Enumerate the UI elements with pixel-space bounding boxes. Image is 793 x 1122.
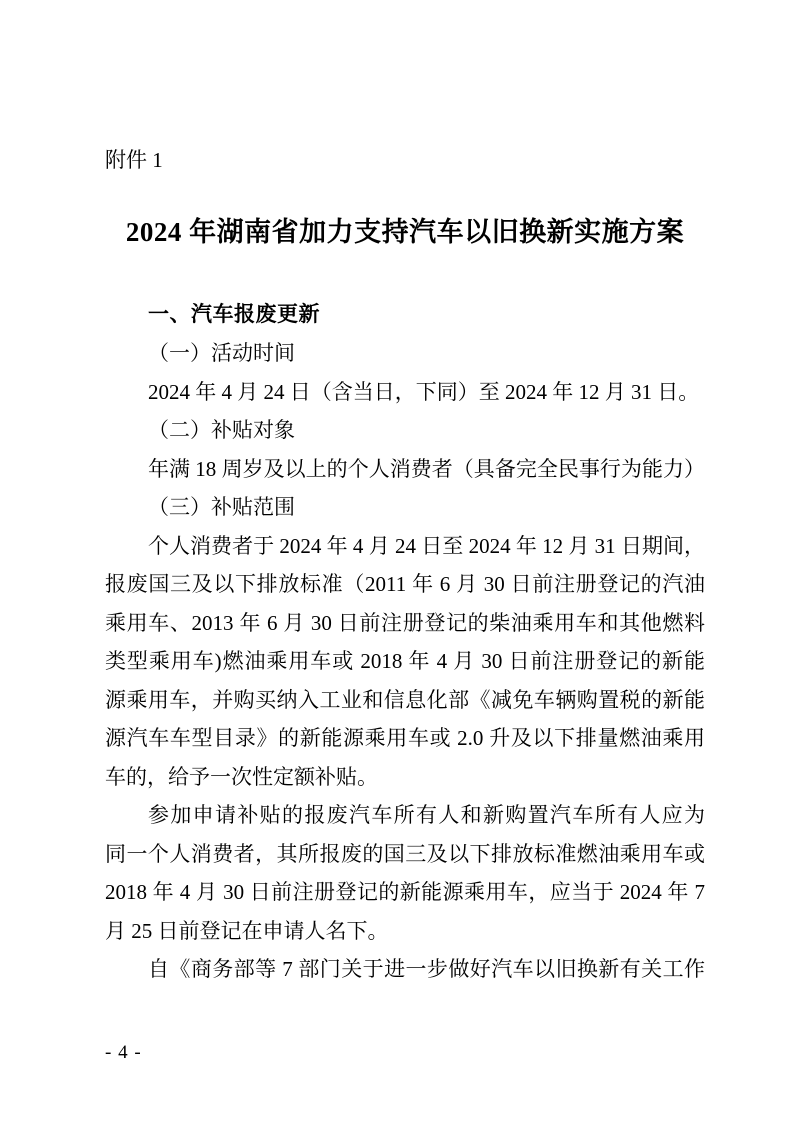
text-line: 年满 18 周岁及以上的个人消费者（具备完全民事行为能力） bbox=[105, 450, 705, 489]
text-line: 类型乘用车)燃油乘用车或 2018 年 4 月 30 日前注册登记的新能 bbox=[105, 642, 705, 681]
text-line: 源汽车车型目录》的新能源乘用车或 2.0 升及以下排量燃油乘用 bbox=[105, 719, 705, 758]
text-line: 报废国三及以下排放标准（2011 年 6 月 30 日前注册登记的汽油 bbox=[105, 565, 705, 604]
attachment-label: 附件 1 bbox=[105, 141, 705, 180]
document-title: 2024 年湖南省加力支持汽车以旧换新实施方案 bbox=[105, 212, 705, 252]
text-line: 个人消费者于 2024 年 4 月 24 日至 2024 年 12 月 31 日… bbox=[105, 527, 705, 566]
text-line: 同一个人消费者，其所报废的国三及以下排放标准燃油乘用车或 bbox=[105, 835, 705, 874]
section-heading: 一、汽车报废更新 bbox=[105, 296, 705, 335]
document-body: 一、汽车报废更新 （一）活动时间 2024 年 4 月 24 日（含当日，下同）… bbox=[105, 296, 705, 989]
text-line: 自《商务部等 7 部门关于进一步做好汽车以旧换新有关工作 bbox=[105, 950, 705, 989]
text-line: 2024 年 4 月 24 日（含当日，下同）至 2024 年 12 月 31 … bbox=[105, 373, 705, 412]
text-line: 月 25 日前登记在申请人名下。 bbox=[105, 912, 705, 951]
text-line: 车的，给予一次性定额补贴。 bbox=[105, 758, 705, 797]
sub-heading-1: （一）活动时间 bbox=[105, 334, 705, 373]
text-line: 源乘用车，并购买纳入工业和信息化部《减免车辆购置税的新能 bbox=[105, 681, 705, 720]
sub-heading-2: （二）补贴对象 bbox=[105, 411, 705, 450]
page-content: 附件 1 2024 年湖南省加力支持汽车以旧换新实施方案 一、汽车报废更新 （一… bbox=[105, 141, 705, 989]
text-line: 乘用车、2013 年 6 月 30 日前注册登记的柴油乘用车和其他燃料 bbox=[105, 604, 705, 643]
text-line: 2018 年 4 月 30 日前注册登记的新能源乘用车，应当于 2024 年 7 bbox=[105, 873, 705, 912]
document-page: 附件 1 2024 年湖南省加力支持汽车以旧换新实施方案 一、汽车报废更新 （一… bbox=[0, 0, 793, 1122]
text-line: 参加申请补贴的报废汽车所有人和新购置汽车所有人应为 bbox=[105, 796, 705, 835]
page-number: - 4 - bbox=[105, 1034, 142, 1073]
sub-heading-3: （三）补贴范围 bbox=[105, 488, 705, 527]
